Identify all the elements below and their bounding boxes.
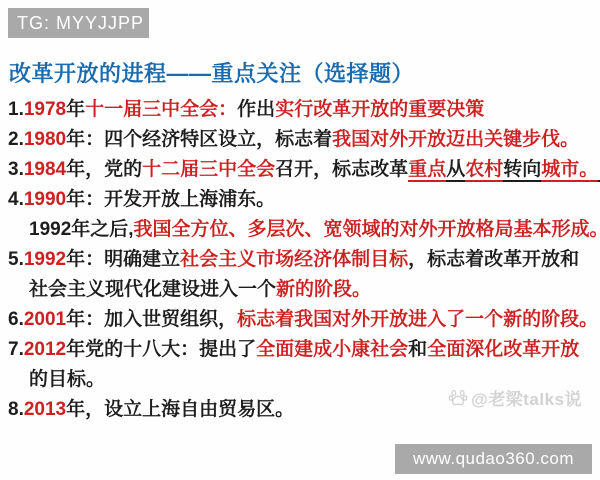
text-segment: 2012 — [24, 339, 66, 360]
text-segment: 社会主义现代化建设进入一个 — [29, 279, 276, 300]
text-segment: 从 — [446, 159, 465, 182]
text-segment: 年党的十八大：提出了 — [66, 339, 256, 360]
text-segment: 重点 — [408, 159, 446, 182]
text-segment: 新的阶段。 — [276, 279, 371, 300]
text-segment: 2013 — [24, 399, 66, 420]
text-segment: 的目标。 — [29, 369, 105, 390]
text-segment: 1992 — [24, 249, 66, 270]
text-segment: 1992年之后, — [29, 219, 134, 240]
text-segment: ，标志着改革开放和 — [408, 249, 579, 270]
text-segment: 6. — [8, 309, 24, 330]
content-line: 1.1978年十一届三中全会：作出实行改革开放的重要决策 — [8, 95, 598, 125]
text-segment: 十二届三中全会 — [142, 159, 275, 180]
text-segment: 1990 — [24, 189, 66, 210]
text-segment: 年，党的 — [66, 159, 142, 180]
text-segment: 年 — [66, 99, 85, 120]
footer-url: www.qudao360.com — [395, 444, 592, 474]
text-segment: 全面建成小康社会 — [256, 339, 408, 360]
paw-icon — [448, 388, 468, 408]
content-lines: 1.1978年十一届三中全会：作出实行改革开放的重要决策2.1980年：四个经济… — [8, 95, 598, 425]
text-segment: 作出 — [237, 99, 275, 120]
text-segment: 转向 — [503, 159, 541, 182]
text-segment: 8. — [8, 399, 24, 420]
text-segment: 实行改革开放的重要决策 — [275, 99, 484, 120]
content-line: 6.2001年：加入世贸组织，标志着我国对外开放进入了一个新的阶段。 — [8, 305, 598, 335]
content-line: 1992年之后,我国全方位、多层次、宽领域的对外开放格局基本形成。 — [8, 215, 598, 245]
text-segment: 城市。 — [541, 159, 598, 182]
text-segment: 1978 — [24, 99, 66, 120]
page-title: 改革开放的进程——重点关注（选择题） — [9, 57, 414, 88]
text-segment: 1. — [8, 99, 24, 120]
text-segment: 年：四个经济特区设立，标志着 — [66, 129, 332, 150]
text-segment: 5. — [8, 249, 24, 270]
text-segment: 标志着我国对外开放进入了一个新的阶段。 — [237, 309, 598, 330]
text-segment: 农村 — [465, 159, 503, 182]
content-line: 3.1984年，党的十二届三中全会召开，标志改革重点从农村转向城市。 — [8, 155, 598, 185]
watermark-text: @老梁talks说 — [471, 385, 582, 410]
content-line: 5.1992年：明确建立社会主义市场经济体制目标，标志着改革开放和 — [8, 245, 598, 275]
watermark: @老梁talks说 — [448, 385, 582, 410]
content-line: 社会主义现代化建设进入一个新的阶段。 — [8, 275, 598, 305]
text-segment: 社会主义市场经济体制目标 — [180, 249, 408, 270]
text-segment: 3. — [8, 159, 24, 180]
text-segment: 我国对外开放迈出关键步伐。 — [332, 129, 579, 150]
text-segment: 1984 — [24, 159, 66, 180]
text-segment: 年，设立上海自由贸易区。 — [66, 399, 294, 420]
tg-badge: TG: MYYJJPP — [8, 8, 149, 38]
text-segment: 年：明确建立 — [66, 249, 180, 270]
content-line: 7.2012年党的十八大：提出了全面建成小康社会和全面深化改革开放 — [8, 335, 598, 365]
text-segment: 1980 — [24, 129, 66, 150]
text-segment: 2001 — [24, 309, 66, 330]
text-segment: 7. — [8, 339, 24, 360]
text-segment: 4. — [8, 189, 24, 210]
content-line: 2.1980年：四个经济特区设立，标志着我国对外开放迈出关键步伐。 — [8, 125, 598, 155]
text-segment: 我国全方位、多层次、宽领域的对外开放格局基本形成。 — [134, 219, 600, 240]
text-segment: 全面深化改革开放 — [427, 339, 579, 360]
text-segment: 年：加入世贸组织， — [66, 309, 237, 330]
text-segment: 和 — [408, 339, 427, 360]
text-segment: 年：开发开放上海浦东。 — [66, 189, 275, 210]
text-segment: 召开，标志改革 — [275, 159, 408, 180]
text-segment: 十一届三中全会： — [85, 99, 237, 120]
text-segment: 2. — [8, 129, 24, 150]
content-line: 4.1990年：开发开放上海浦东。 — [8, 185, 598, 215]
